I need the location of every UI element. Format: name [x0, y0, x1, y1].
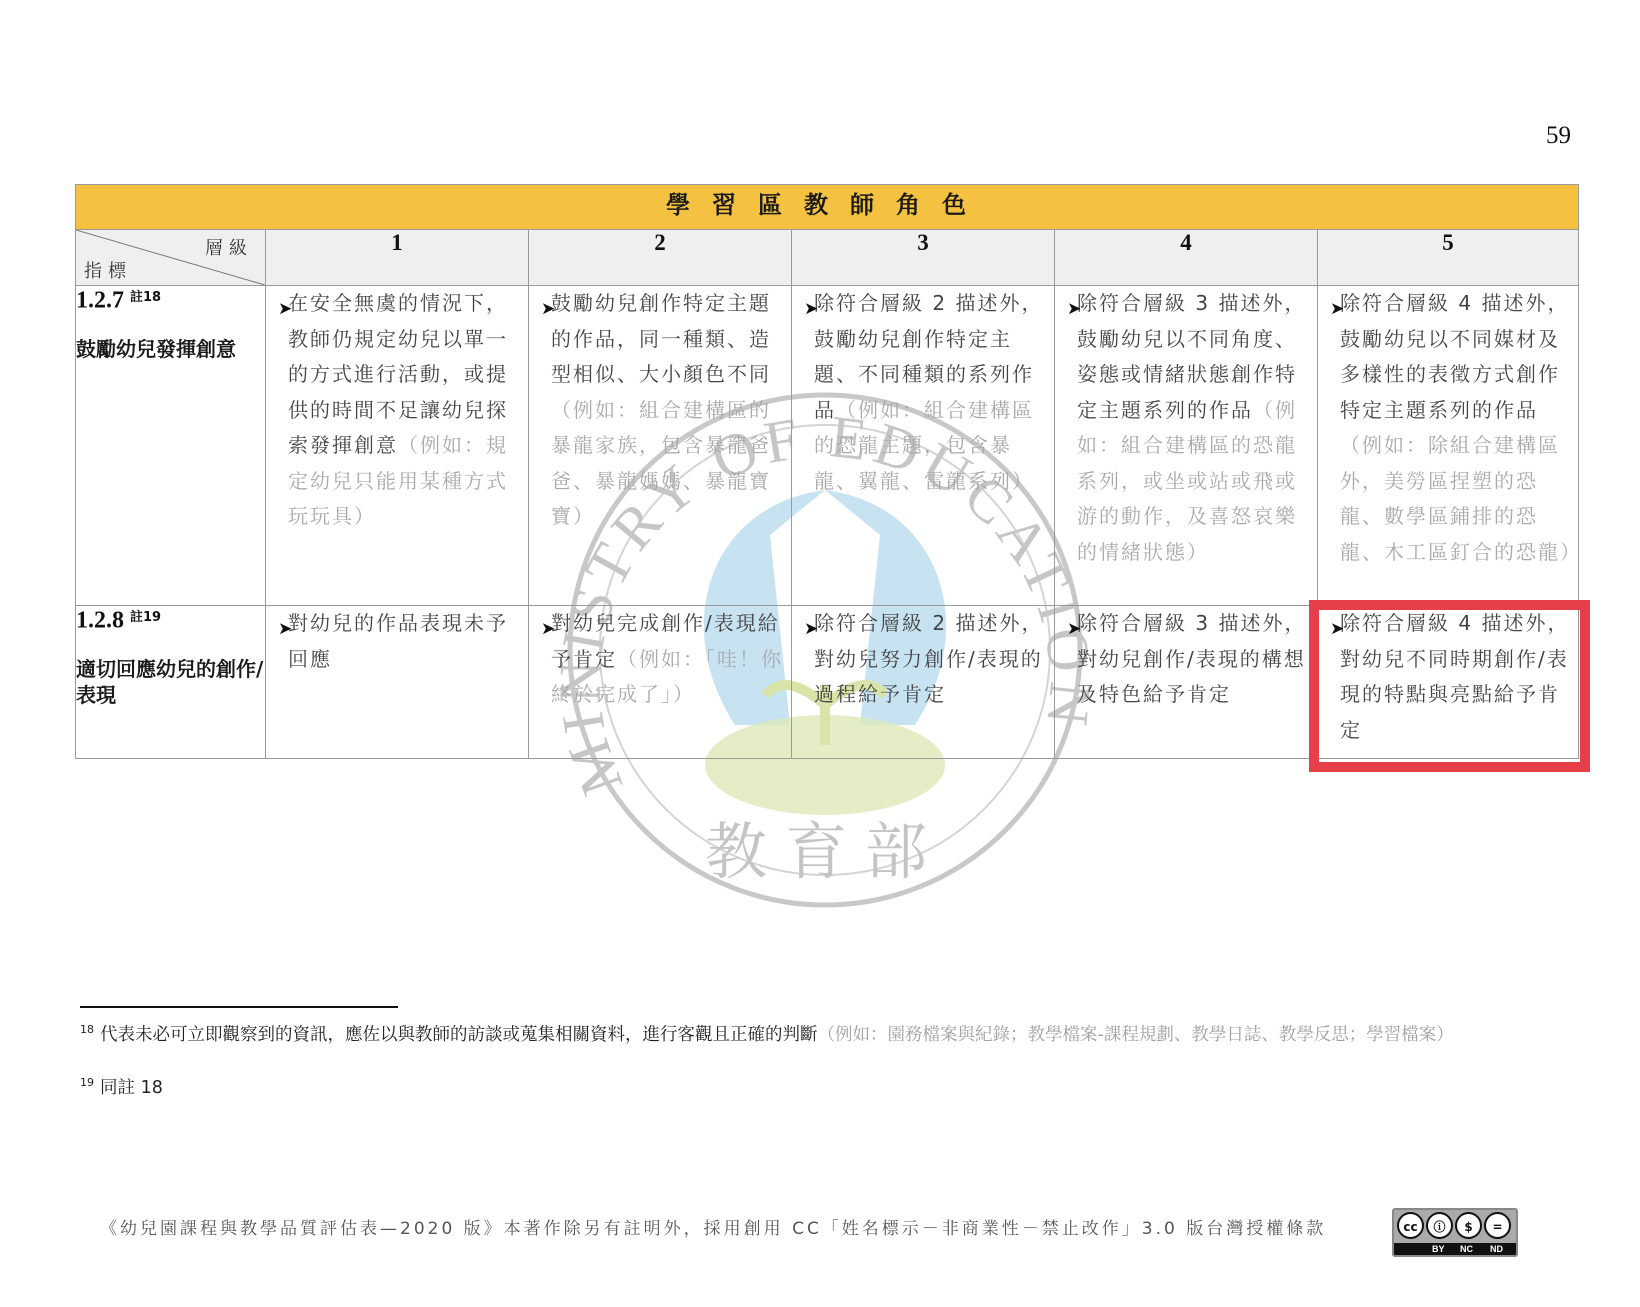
- footnote-18: 18代表未必可立即觀察到的資訊，應佐以與教師的訪談或蒐集相關資料，進行客觀且正確…: [80, 1017, 1570, 1048]
- corner-header: 層級 指標: [76, 230, 266, 286]
- level-description: ➤在安全無虞的情況下，教師仍規定幼兒以單一的方式進行活動，或提供的時間不足讓幼兒…: [266, 286, 529, 606]
- level-header: 2: [529, 230, 792, 286]
- non-commercial-icon: $: [1455, 1212, 1482, 1239]
- bullet-arrow-icon: ➤: [541, 292, 555, 328]
- bullet-arrow-icon: ➤: [541, 612, 555, 648]
- level-description: ➤除符合層級 4 描述外，鼓勵幼兒以不同媒材及多樣性的表徵方式創作特定主題系列的…: [1318, 286, 1579, 606]
- indicator-axis-label: 指標: [84, 257, 132, 283]
- bullet-arrow-icon: ➤: [1330, 292, 1344, 328]
- footnote-19: 19同註 18: [80, 1070, 1570, 1101]
- level-description: ➤對幼兒完成創作/表現給予肯定（例如：「哇！你終於完成了」）: [529, 606, 792, 759]
- indicator-cell: 1.2.7註18 鼓勵幼兒發揮創意: [76, 286, 266, 606]
- cc-by-nc-nd-icon[interactable]: cc ⓘ $ = BY NC ND: [1392, 1208, 1518, 1257]
- no-derivatives-icon: =: [1484, 1212, 1511, 1239]
- level-header: 3: [792, 230, 1055, 286]
- table-row: 1.2.8註19 適切回應幼兒的創作/表現 ➤對幼兒的作品表現未予回應 ➤對幼兒…: [76, 606, 1579, 759]
- indicator-name: 鼓勵幼兒發揮創意: [76, 336, 265, 362]
- level-header: 4: [1055, 230, 1318, 286]
- bullet-arrow-icon: ➤: [804, 612, 818, 648]
- bullet-arrow-icon: ➤: [1067, 612, 1081, 648]
- footnote-ref[interactable]: 註19: [130, 610, 161, 625]
- bullet-arrow-icon: ➤: [278, 612, 292, 648]
- level-axis-label: 層級: [205, 234, 253, 260]
- level-description: ➤除符合層級 2 描述外，對幼兒努力創作/表現的過程給予肯定: [792, 606, 1055, 759]
- level-header: 1: [266, 230, 529, 286]
- page-number: 59: [1546, 122, 1571, 150]
- watermark-bottom-text: 教育部: [705, 815, 945, 888]
- level-description: ➤除符合層級 3 描述外，對幼兒創作/表現的構想及特色給予肯定: [1055, 606, 1318, 759]
- bullet-arrow-icon: ➤: [804, 292, 818, 328]
- level-description: ➤對幼兒的作品表現未予回應: [266, 606, 529, 759]
- table-title: 學習區教師角色: [76, 185, 1579, 230]
- table-row: 1.2.7註18 鼓勵幼兒發揮創意 ➤在安全無虞的情況下，教師仍規定幼兒以單一的…: [76, 286, 1579, 606]
- indicator-name: 適切回應幼兒的創作/表現: [76, 656, 265, 708]
- level-description: ➤除符合層級 3 描述外，鼓勵幼兒以不同角度、姿態或情緒狀態創作特定主題系列的作…: [1055, 286, 1318, 606]
- level-description: ➤除符合層級 2 描述外，鼓勵幼兒創作特定主題、不同種類的系列作品（例如：組合建…: [792, 286, 1055, 606]
- indicator-code: 1.2.7: [76, 287, 124, 313]
- level-description: ➤鼓勵幼兒創作特定主題的作品，同一種類、造型相似、大小顏色不同（例如：組合建構區…: [529, 286, 792, 606]
- license-footer: 《幼兒園課程與教學品質評估表—2020 版》本著作除另有註明外，採用創用 CC「…: [100, 1214, 1326, 1239]
- teacher-role-rubric-table: 學習區教師角色 層級 指標 1 2 3 4 5 1.2.7註18 鼓勵幼兒發揮創…: [75, 184, 1579, 759]
- level-header: 5: [1318, 230, 1579, 286]
- cc-icon: cc: [1397, 1212, 1424, 1239]
- indicator-code: 1.2.8: [76, 607, 124, 633]
- bullet-arrow-icon: ➤: [1067, 292, 1081, 328]
- attribution-icon: ⓘ: [1426, 1212, 1453, 1239]
- bullet-arrow-icon: ➤: [1330, 612, 1344, 648]
- bullet-arrow-icon: ➤: [278, 292, 292, 328]
- footnote-ref[interactable]: 註18: [130, 290, 161, 305]
- indicator-cell: 1.2.8註19 適切回應幼兒的創作/表現: [76, 606, 266, 759]
- footnote-divider: [80, 1006, 398, 1008]
- level-description-highlighted: ➤除符合層級 4 描述外，對幼兒不同時期創作/表現的特點與亮點給予肯定: [1318, 606, 1579, 759]
